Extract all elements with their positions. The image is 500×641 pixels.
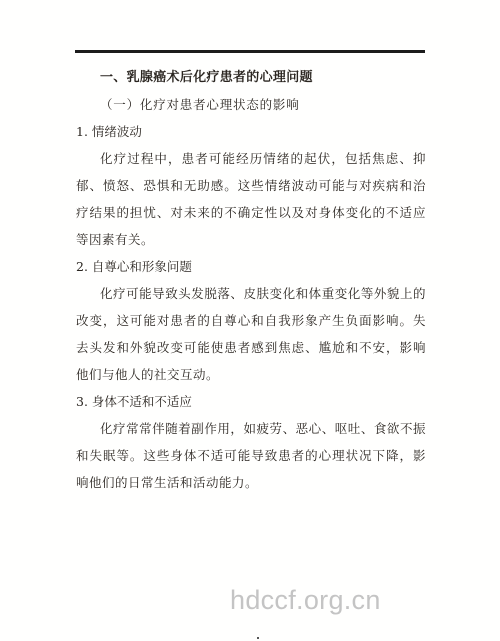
header-rule <box>75 50 425 53</box>
item-title-self-esteem: 2. 自尊心和形象问题 <box>76 253 426 280</box>
item-body-emotional-fluctuation: 化疗过程中，患者可能经历情绪的起伏，包括焦虑、抑郁、愤怒、恐惧和无助感。这些情绪… <box>76 145 426 253</box>
document-content: 一、乳腺癌术后化疗患者的心理问题 （一）化疗对患者心理状态的影响 1. 情绪波动… <box>76 64 426 496</box>
section-heading: 一、乳腺癌术后化疗患者的心理问题 <box>76 64 426 91</box>
watermark-text: hdccf.org.cn <box>230 585 381 616</box>
item-body-physical-discomfort: 化疗常常伴随着副作用，如疲劳、恶心、呕吐、食欲不振和失眠等。这些身体不适可能导致… <box>76 415 426 496</box>
item-body-self-esteem: 化疗可能导致头发脱落、皮肤变化和体重变化等外貌上的改变，这可能对患者的自尊心和自… <box>76 280 426 388</box>
item-title-physical-discomfort: 3. 身体不适和不适应 <box>76 388 426 415</box>
subsection-heading: （一）化疗对患者心理状态的影响 <box>76 91 426 118</box>
document-page: 一、乳腺癌术后化疗患者的心理问题 （一）化疗对患者心理状态的影响 1. 情绪波动… <box>0 0 500 641</box>
page-dot <box>257 637 259 639</box>
item-title-emotional-fluctuation: 1. 情绪波动 <box>76 118 426 145</box>
